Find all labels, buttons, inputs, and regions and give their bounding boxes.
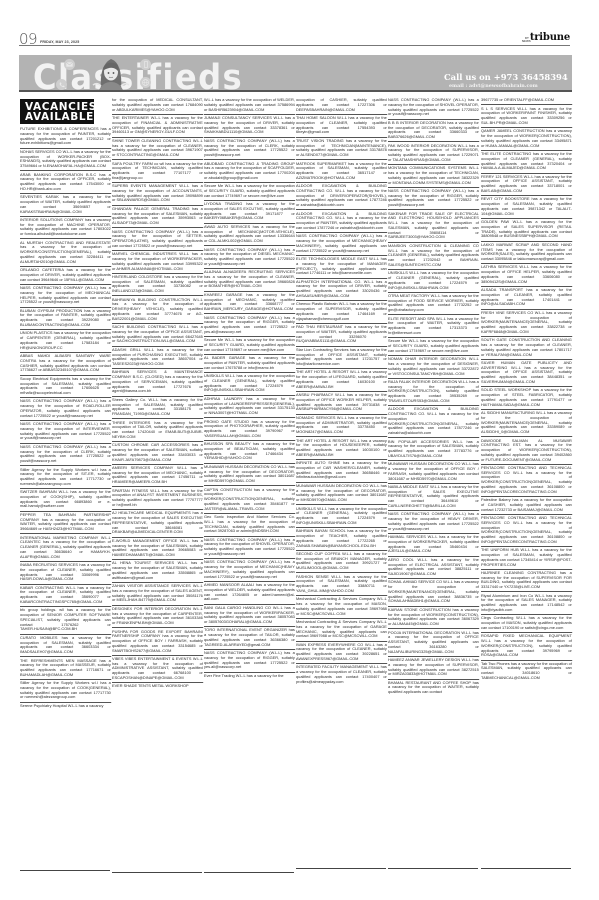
column-6: 39677735 or ORIENTALFF@GMAIL.COMS L S SE… bbox=[481, 97, 572, 682]
masthead-rule bbox=[19, 45, 570, 46]
page-number: 09 bbox=[19, 32, 37, 46]
classified-ad: INTERIOR SOLUTIONS COMPANY has a vacancy… bbox=[20, 217, 111, 240]
classified-ad: ROSAPID FIXED MECHANICAL EQUIPMENT W.L.L… bbox=[481, 633, 572, 660]
classified-ad: HAJRINEE CLEANING CONTRACTING has a vaca… bbox=[481, 570, 572, 593]
classified-ad: MUNAWAR HUSSAIN DECORATION CO W.L.L has … bbox=[204, 464, 295, 487]
logo-wordmark: tribune bbox=[530, 33, 570, 43]
classified-ad: HINTERLAND COLDSTORE has a vacancy for t… bbox=[112, 274, 203, 297]
classified-ad: Ever Fine Trading W.L.L has a vacancy fo… bbox=[204, 673, 295, 680]
classified-ad: B B B INTERIOR DECORATION has a vacancy … bbox=[388, 120, 479, 143]
classified-ad: NASS CONTRACTING COMPANY (W.L.L) has a v… bbox=[388, 511, 479, 534]
classified-ad: ELITE RESORT AND SPA W.L.L has a vacancy… bbox=[388, 315, 479, 338]
classified-ad: THREE INTERIORS has a vacancy for the oc… bbox=[112, 419, 203, 442]
classified-ad: KHAREEJ GARAGE has a vacancy for the occ… bbox=[204, 292, 295, 315]
classified-ad: Scoop Electrical Equipments has a vacanc… bbox=[20, 376, 111, 399]
classified-ad: THE ART HOTEL & RESORT W.L.L has a vacan… bbox=[296, 369, 387, 392]
classified-ad: Stiller Agency for the Supply Workers w.… bbox=[20, 680, 111, 703]
classified-columns: FUTURE EXHIBITIONS & CONFERENCES has a v… bbox=[20, 95, 572, 895]
classified-ad: ABBAS MAHDI ALBASRI SANITARY WARE CONTRA… bbox=[20, 353, 111, 376]
classified-ad: HAMEEZ ANWAR JEWELLERY DESIGN W.L.L has … bbox=[388, 657, 479, 680]
classified-ad: PENTACORE CONTRACTING AND TECHNICAL SERV… bbox=[481, 515, 572, 547]
classified-ad: JUMANJI CONSULTANCY SERVICES W.L.L has a… bbox=[204, 115, 295, 138]
classified-ad: DAWOODE SALMAN AL MUSAWIR CONTRACTING ES… bbox=[481, 437, 572, 464]
page-date: FRIDAY, MAY 23, 2025 bbox=[40, 40, 79, 44]
classified-ad: LIYDONA TRADING has a vacancy for the oc… bbox=[204, 201, 295, 224]
classified-ad: GOLDEN PAW W.L.L has a vacancy for the o… bbox=[481, 219, 572, 242]
classified-ad: FUTURE EXHIBITIONS & CONFERENCES has a v… bbox=[20, 126, 111, 149]
classified-ad: Star Lion Contracting Services has a vac… bbox=[296, 347, 387, 370]
classified-ad: NOMADIC SERVICES W.L.L has a vacancy for… bbox=[296, 415, 387, 438]
classified-ad: ELITE TECHNOLOGIES MIDDLE EAST W.L.L has… bbox=[296, 256, 387, 279]
classified-ad: Clegs Contracting W.L.L has a vacancy fo… bbox=[481, 615, 572, 633]
classified-ad: VIBES VIBES ENTERTAINMENT & EVENTS W.L.L… bbox=[112, 656, 203, 683]
classified-ad: ANSBU PHARMACY W.L.L has a vacancy for t… bbox=[296, 392, 387, 415]
advertising-email[interactable]: email : advt@newsofbahrain.com bbox=[449, 83, 538, 89]
classified-ad: NASS CONTRACTING COMPANY (W.L.L) has a v… bbox=[204, 559, 295, 582]
classified-ad: NASS CONTRACTING COMPANY (W.L.L) has a v… bbox=[204, 138, 295, 161]
classified-ad: UNISKILLS W.L.L has a vacancy for the oc… bbox=[388, 270, 479, 293]
classified-ad: ADHRAA LAUNDRY has a vacancy for the occ… bbox=[204, 396, 295, 419]
classified-ad: HAMMAL SERVICES W.L.L has a vacancy for … bbox=[388, 534, 479, 557]
tribune-logo[interactable]: DT NEWS tribune bbox=[522, 33, 570, 43]
classified-ad: for the occupation of MEDICAL CONSULTANT… bbox=[112, 97, 203, 115]
classified-ad: CAPTIN CONSTRUCTION has a vacancy for th… bbox=[204, 486, 295, 513]
classified-ad: ALSADA TRANSPORT has a vacancy for the o… bbox=[481, 287, 572, 310]
classified-ad: IWAN EXPRESS EVERYWHERE CO W.L.L has a v… bbox=[296, 642, 387, 665]
classified-ad: EVER SHADE TENTS METAL WORKSHOP bbox=[112, 683, 203, 690]
classified-ad: INTEGRATED FACILITY MANAGEMENT W.L.L has… bbox=[296, 664, 387, 686]
logo-prefix: DT NEWS bbox=[522, 37, 529, 43]
classified-ad: AERO COOL W.L.L has a vacancy for the oc… bbox=[388, 557, 479, 580]
column-2: for the occupation of MEDICAL CONSULTANT… bbox=[112, 97, 203, 691]
classified-ad: AHMED MANSOOR ALAALI has a vacancy for t… bbox=[204, 582, 295, 605]
classified-ad: PROMO GATE STUDIO has a vacancy for the … bbox=[204, 418, 295, 441]
classified-ad: SAFA POULTRY FARM co wll has a vacancy f… bbox=[112, 160, 203, 183]
classified-ad: TORO INTERNATIONAL EVENT ORGANIZER has a… bbox=[204, 627, 295, 650]
classified-ad: AL BADER GARAGE has a vacancy for the oc… bbox=[204, 355, 295, 373]
classified-ad: NASS CONTRACTING COMPANY (W.L.L) has a v… bbox=[20, 285, 111, 308]
classified-ad: Secure Me W.L.L has a vacancy for the oc… bbox=[204, 183, 295, 201]
classified-ad: NASS CONTRACTING COMPANY (W.L.L) has a v… bbox=[204, 650, 295, 673]
classified-ad: SHINE TOWER CLEANING CONTRACTING W.L.L h… bbox=[112, 138, 203, 161]
column-5-end-rule bbox=[388, 868, 478, 869]
classified-ad: ALDOOR EXCAVATION & BUILDING CONTRACTING… bbox=[296, 210, 387, 233]
classified-ad: LATHRA SERVICES W.L.L has a vacancy for … bbox=[481, 264, 572, 287]
classified-ad: occupation of CASHIER, suitably qualifie… bbox=[296, 97, 387, 115]
classified-ad: PEPPER TEA BAHRAIN PARTNERSHIP COMPANY h… bbox=[20, 512, 111, 535]
classified-ad: SUPERB EVENTS MANAGEMENT W.L.L has a vac… bbox=[112, 183, 203, 206]
classified-ad: BIN POPULAR ACCESSORIES W.L.L has a vaca… bbox=[388, 438, 479, 461]
classified-ad: UNION PLASTICS has a vacancy for the occ… bbox=[20, 330, 111, 353]
classified-ad: S L S SERVICES W.L.L has a vacancy for t… bbox=[481, 105, 572, 128]
classified-ad: ALAJNAA ALNADEEFA RECRUITING SERVICES ha… bbox=[204, 269, 295, 292]
classified-ad: ALDOOR EXCAVATION & BUILDING CONTRACTING… bbox=[296, 183, 387, 210]
classified-ad: Mechanical Contracting & Services Compan… bbox=[296, 596, 387, 619]
classified-ad: Geo Sonic Inspection And Marine Services… bbox=[204, 514, 295, 537]
classified-ad: CUSTOM CHROME CAR ACCESSORIES has a vaca… bbox=[112, 442, 203, 465]
classified-ad: PAK WOOD INTERIOR DECORATION W.L.L has a… bbox=[388, 142, 479, 165]
classified-ad: SEVENTIES KARAK has a vacancy for the oc… bbox=[20, 194, 111, 217]
classified-ad: MANSION CONSTRUCTION & CLEANING CO W.L.L… bbox=[388, 243, 479, 270]
classified-ad: Palestine Bakery has a vacancy for the o… bbox=[481, 497, 572, 515]
classified-ad: BAHRAIN BAYAN SCHOOL has a vacancy for t… bbox=[296, 528, 387, 551]
classified-ad: AL SIDDHI MANUFACTURING W.L.L has a vaca… bbox=[481, 410, 572, 437]
classified-ad: KAIRAN STONE CONSTRUCTION has a vacancy … bbox=[388, 607, 479, 630]
classified-ad: PAD THAI RESTAURANT has a vacancy for th… bbox=[296, 324, 387, 347]
classified-ad: PUSHPA FOR GOODS RE EXPORT BAHRAINI PART… bbox=[112, 628, 203, 655]
classified-ad: SPARTAN FITNESS W.L.L has a vacancy for … bbox=[112, 487, 203, 510]
classified-ad: RAJA FALAK INTERIOR DECORATION W.L.L has… bbox=[388, 379, 479, 406]
classified-ad: BAHRAIN SERVICES & MAINTENANCE COMPANY B… bbox=[112, 369, 203, 396]
classified-ad: ORLANDO CAFETERIA has a vacancy for the … bbox=[20, 267, 111, 285]
classified-ad: AWAD AUTO SERVICES has a vacancy for the… bbox=[204, 224, 295, 247]
classified-ad: SECOND CUP COFFEA W.L.L has a vacancy fo… bbox=[296, 551, 387, 574]
classified-ad: Shees Gallery Co. W.L.L has a vacancy fo… bbox=[112, 397, 203, 420]
classified-ad: SILVER HUMAN GATE PUBLICITY AND ADVERTIS… bbox=[481, 360, 572, 387]
classified-ad: UNISKILLS W.L.L has a vacancy for the oc… bbox=[204, 373, 295, 396]
classified-ad: Serene Psychiatry Hospital W.L.L has a v… bbox=[20, 703, 111, 710]
column-1: FUTURE EXHIBITIONS & CONFERENCES has a v… bbox=[20, 126, 111, 710]
classified-ad: LAKKO MARWAT SCRAP AND SECOND HAND ITEMS… bbox=[481, 242, 572, 265]
classified-ad: FASHION SENSE W.L.L has a vacancy for th… bbox=[296, 573, 387, 596]
call-us-phone[interactable]: Call us on +973 36458394 bbox=[444, 72, 568, 82]
classified-ad: SOLID STEEL WORKSHOP has a vacancy for t… bbox=[481, 387, 572, 410]
masthead: 09 FRIDAY, MAY 23, 2025 bbox=[19, 28, 272, 46]
classified-ad: NASS CONTRACTING COMPANY (W.L.L) has a v… bbox=[204, 537, 295, 560]
classified-ad: ZAHAN VISITOR ASSISTANCE SERVICES W.L.L … bbox=[112, 583, 203, 606]
classified-ad: Mechanical Contracting & Services Compan… bbox=[296, 619, 387, 642]
classified-ad: MARVEL CHEMICAL INDUSTRIES W.L.L has a v… bbox=[112, 251, 203, 274]
classified-ad: DESIGNEX FOR INTERIOR DECORATION W.L.L h… bbox=[112, 606, 203, 629]
email-icon bbox=[64, 59, 75, 70]
classified-ad: ADASHI GRILL W.L.L has a vacancy for the… bbox=[112, 347, 203, 370]
classified-ad: SOUTH GATE CONSTRUCTION AND CLEANING has… bbox=[481, 337, 572, 360]
classified-ad: FRESH VINE SERVICES CO W.L.L has a vacan… bbox=[481, 310, 572, 337]
column-5: NASS CONTRACTING COMPANY (W.L.L) has a v… bbox=[388, 97, 479, 696]
classified-ad: TRUST VISION TRADING has a vacancy for t… bbox=[296, 138, 387, 161]
column-4-end-rule bbox=[296, 868, 386, 869]
classified-ad: THE REFRESHMENTS MEN MASSAGE has a vacan… bbox=[20, 657, 111, 680]
classified-ad: NOMAN DHAR INTERIOR DECORATION W.L.L has… bbox=[388, 356, 479, 379]
classified-ad: NASS CONTRACTING COMPANY (W.L.L) has a v… bbox=[388, 188, 479, 211]
classified-ad: SWITZER BAHRAIN W.L.L has a vacancy for … bbox=[20, 489, 111, 512]
classified-ad: E-WORLD MANAGEMENT OFFICE W.L.L has a va… bbox=[112, 538, 203, 561]
classified-ad: PENTACORE CONTRACTING AND TECHNICAL SERV… bbox=[481, 465, 572, 497]
classified-ad: BLUBAN GYPSUM PRODUCTION has a vacancy f… bbox=[20, 308, 111, 331]
column-4: occupation of CASHIER, suitably qualifie… bbox=[296, 97, 387, 686]
classified-ad: BAHRAINIYA BUILDING CONSTRUCTION W.L.L h… bbox=[112, 296, 203, 323]
classified-ad: NASS CONTRACTING COMPANY (W.L.L) has a v… bbox=[112, 228, 203, 251]
classified-ad: SACHI BUILDING CONTRACTING W.L.L has a v… bbox=[112, 324, 203, 347]
classified-ad: Stiller Agency for the Supply Workers w.… bbox=[20, 466, 111, 489]
classified-ad: W.L.L has a vacancy for the occupation o… bbox=[204, 97, 295, 115]
classified-ad: SOHAIL AHMAD SERVICE CO W.L.L has a vaca… bbox=[388, 579, 479, 606]
classified-ad: THE ENTERTAINER W.L.L has a vacancy for … bbox=[112, 115, 203, 138]
globe-icon bbox=[140, 77, 151, 88]
classified-ad: MONTANA COMMUNICATIONS SYSTEMS W.L.L has… bbox=[388, 165, 479, 188]
classified-ad: AMEERI SERVICES COMPANY W.L.L has a vaca… bbox=[112, 465, 203, 488]
classified-ad: MUNAWAR HUSSAIN DECORATION CO W.L.L has … bbox=[388, 461, 479, 484]
classified-ad: REVIT CITY BOOKSTORE has a vacancy for t… bbox=[481, 196, 572, 219]
classified-ad: Riyad Aluminium and Iron Co W.L.L has a … bbox=[481, 592, 572, 615]
classified-ad: THAI HOME SALOON W.L.L has a vacancy for… bbox=[296, 115, 387, 138]
classified-ad: FERRY 121 SERVICES W.L.L has a vacancy f… bbox=[481, 174, 572, 197]
classified-ad: AJ HEALTHCARE MEDICAL EQUIPMENTS has a v… bbox=[112, 510, 203, 537]
classified-ad: POOJA INTERNATIONAL DECORATION W.L.L has… bbox=[388, 629, 479, 656]
column-3: W.L.L has a vacancy for the occupation o… bbox=[204, 97, 295, 680]
classified-ad: 39677735 or ORIENTALFF@GMAIL.COM bbox=[481, 97, 572, 105]
classified-ad: ABUDBAID CONTRACTING & TRADING GROUP has… bbox=[204, 160, 295, 183]
classified-ad: NASS CONTRACTING COMPANY (W.L.L) has a v… bbox=[20, 444, 111, 467]
classified-ad: BHUSSON SPA BEAUTY has a vacancy for the… bbox=[204, 441, 295, 464]
column-3-end-rule bbox=[204, 872, 294, 873]
classified-ad: NOHAS SERVICES CO W.L.L has a vacancy fo… bbox=[20, 149, 111, 172]
classified-ad: NASS CONTRACTING COMPANY (W.L.L) has a v… bbox=[204, 314, 295, 337]
mobile-icon bbox=[140, 59, 151, 70]
classified-ad: BHAMAL RESTAURANT AND COFFEE SHOP has a … bbox=[388, 680, 479, 697]
classifieds-banner: Classifieds Call us on +973 36458394 ema… bbox=[19, 55, 572, 90]
classified-ad: UNISKILLS W.L.L has a vacancy for the oc… bbox=[296, 505, 387, 528]
classified-ad: Tab Two Phones has a vacancy for the occ… bbox=[481, 661, 572, 683]
classified-ad: ARAB BANKING CORPORATION B.S.C has a vac… bbox=[20, 171, 111, 194]
classified-ad: Secure Me W.L.L has a vacancy for the oc… bbox=[204, 337, 295, 355]
customer-service-illustration bbox=[89, 55, 133, 90]
classified-ad: NASS CONTRACTING COMPANY (W.L.L) has a v… bbox=[20, 421, 111, 444]
classified-ad: AL MURTAH CONTRACTING AND REALESTATE has… bbox=[20, 239, 111, 266]
classified-ad: CURATO MOBILES has a vacancy for the occ… bbox=[20, 635, 111, 658]
classified-ad: NASS CONTRACTING COMPANY (W.L.L) has a v… bbox=[388, 97, 479, 120]
classified-ad: THE UNIFORM HUB W.L.L has a vacancy for … bbox=[481, 547, 572, 570]
column-2-end-rule bbox=[112, 872, 202, 873]
classified-ad: Chemco Plastic Bahrain W.L.L has a vacan… bbox=[296, 301, 387, 324]
phone-icon bbox=[56, 79, 67, 90]
classified-ad: Secure Me W.L.L has a vacancy for the oc… bbox=[388, 338, 479, 356]
classified-ad: NABILA MIDDLE EAST W.L.L has a vacancy f… bbox=[388, 484, 479, 511]
banner-underline bbox=[19, 90, 572, 92]
classified-ad: ALPHATECH INTERNATIONAL CO. W.L.L has a … bbox=[296, 279, 387, 302]
classified-ad: KABAR CONTRACTING W.L.L has a vacancy fo… bbox=[20, 585, 111, 608]
classified-ad: ALDOOR EXCAVATION & BUILDING CONTRACTING… bbox=[388, 406, 479, 438]
classified-ad: INABA RECRUITING SERVICES has a vacancy … bbox=[20, 562, 111, 585]
classified-ad: QAMER JAMEEL CONSTRUCTION has a vacancy … bbox=[481, 128, 572, 151]
classified-ad: THE ELITE CONTRACTING has a vacancy for … bbox=[481, 151, 572, 174]
column-6-end-rule bbox=[481, 868, 571, 869]
classified-ad: INFINITE AUTO SHINE has a vacancy for th… bbox=[296, 460, 387, 483]
classified-ad: BANI GALA CARGO HANDLING CO W.L.L has a … bbox=[204, 605, 295, 628]
classified-ad: NASS CONTRACTING COMPANY (W.L.L) has a v… bbox=[204, 246, 295, 269]
classified-ad: NASS CONTRACTING COMPANY (W.L.L) has a v… bbox=[20, 398, 111, 421]
classified-ad: GHANDAN PALACE GENERAL TRADING has a vac… bbox=[112, 206, 203, 229]
classified-ad: NASS CONTRACTING COMPANY (W.L.L) has a v… bbox=[296, 233, 387, 256]
classified-ad: bfc group holdings. wll has a vacancy fo… bbox=[20, 607, 111, 634]
column-1-end-rule bbox=[20, 870, 110, 871]
classified-ad: INTERNATIONAL MARKETING COMPANY W.L.L CL… bbox=[20, 534, 111, 561]
classified-ad: SAKENAR FOR TRADE SALE OF ELECTRICAL AND… bbox=[388, 210, 479, 242]
classified-ad: THE ART HOTEL & RESORT W.L.L has a vacan… bbox=[296, 437, 387, 460]
classified-ad: AL HENA TOURIST SERVICES W.L.L has a vac… bbox=[112, 560, 203, 583]
classified-ad: OTRA MEAT FACTORY W.L.L has a vacancy fo… bbox=[388, 293, 479, 316]
classified-ad: MATROOK SUPERMARKET has a vacancy for th… bbox=[296, 160, 387, 183]
classified-ad: MUNAWAR HUSSAIN DECORATION CO W.L.L has … bbox=[296, 483, 387, 506]
